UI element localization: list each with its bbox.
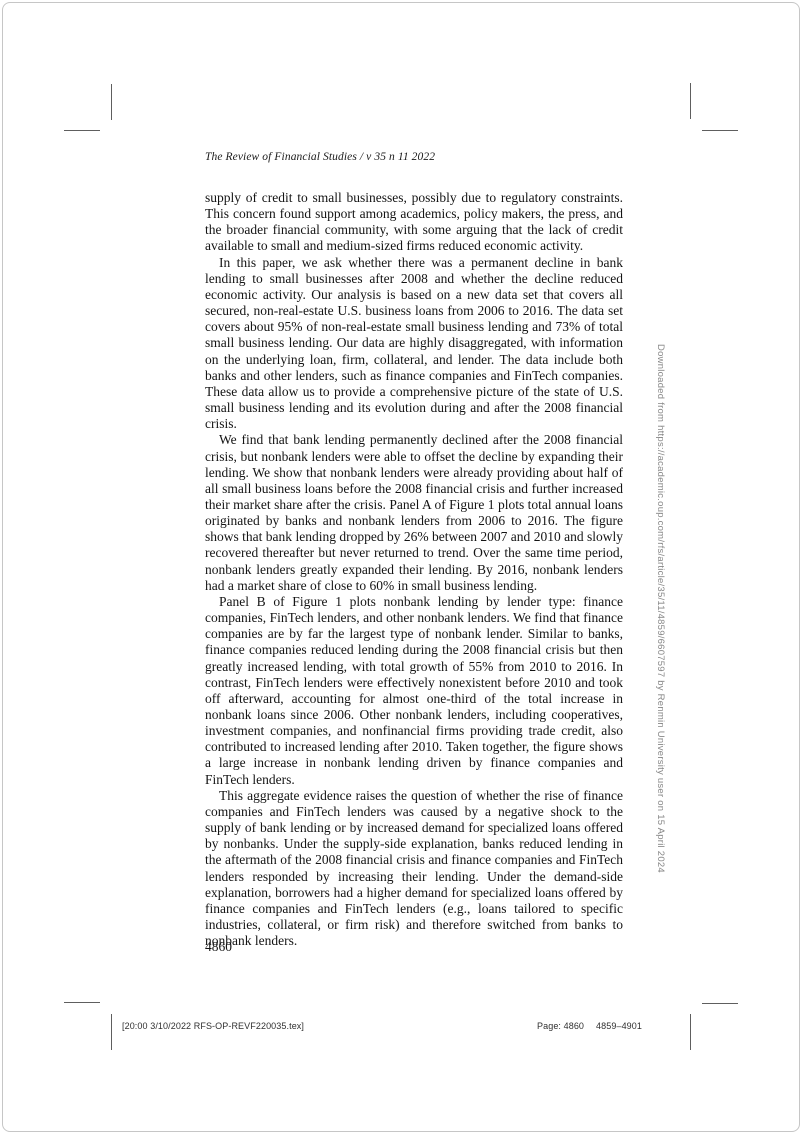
paragraph: This aggregate evidence raises the quest… xyxy=(205,788,623,950)
footer-page-range: 4859–4901 xyxy=(596,1021,642,1031)
crop-mark-bottom-left-horizontal xyxy=(64,1002,100,1003)
paragraph: Panel B of Figure 1 plots nonbank lendin… xyxy=(205,594,623,788)
crop-mark-bottom-left-vertical xyxy=(111,1014,112,1050)
paragraph: We find that bank lending permanently de… xyxy=(205,432,623,594)
crop-mark-top-right-vertical xyxy=(690,83,691,119)
crop-mark-top-left-horizontal xyxy=(64,130,100,131)
crop-mark-top-right-horizontal xyxy=(702,130,738,131)
page-number: 4860 xyxy=(205,939,232,955)
crop-mark-bottom-right-horizontal xyxy=(702,1003,738,1004)
crop-mark-bottom-right-vertical xyxy=(690,1014,691,1050)
footer-page-info: Page: 48604859–4901 xyxy=(442,1021,642,1031)
paragraph-continuation: supply of credit to small businesses, po… xyxy=(205,190,623,255)
crop-mark-top-left-vertical xyxy=(111,84,112,120)
paragraph: In this paper, we ask whether there was … xyxy=(205,255,623,433)
article-body: supply of credit to small businesses, po… xyxy=(205,190,623,949)
running-header: The Review of Financial Studies / v 35 n… xyxy=(205,151,625,163)
footer-compile-info: [20:00 3/10/2022 RFS-OP-REVF220035.tex] xyxy=(122,1021,304,1031)
download-watermark: Downloaded from https://academic.oup.com… xyxy=(655,344,666,873)
footer-page-label: Page: 4860 xyxy=(537,1021,584,1031)
journal-page: The Review of Financial Studies / v 35 n… xyxy=(0,0,802,1134)
